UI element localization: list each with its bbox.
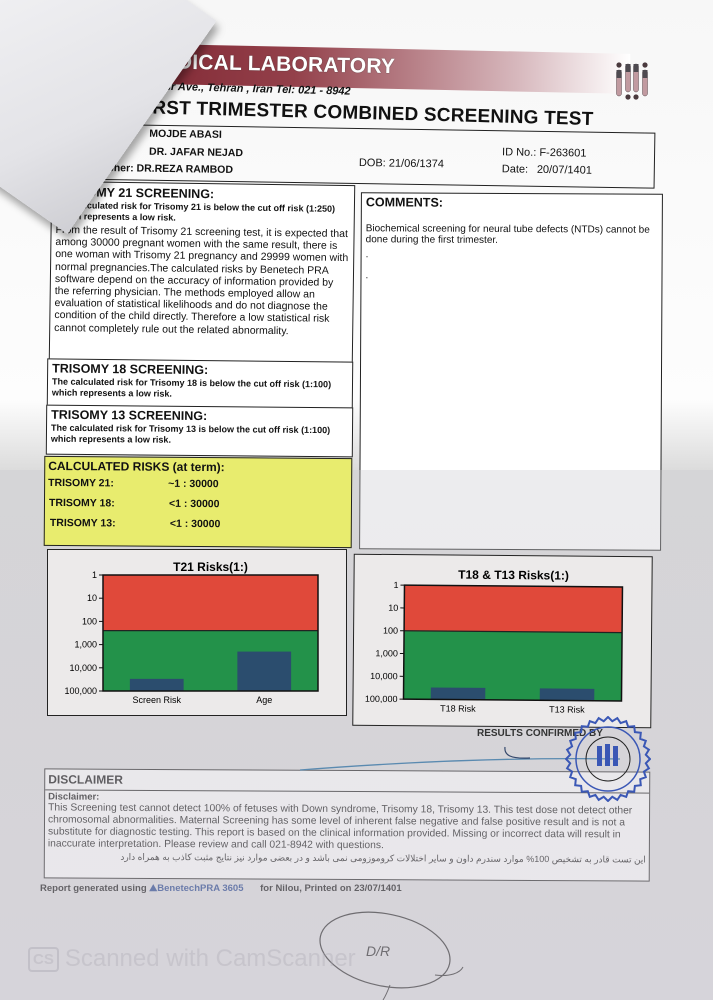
- svg-text:10: 10: [388, 603, 398, 613]
- patient-info-box: Name:MOJDE ABASI Physician:DR. JAFAR NEJ…: [60, 123, 656, 188]
- printed-info: for Nilou, Printed on 23/07/1401: [260, 883, 401, 894]
- software-name: BenetechPRA 3605: [157, 883, 243, 894]
- svg-text:T13 Risk: T13 Risk: [549, 704, 585, 714]
- svg-text:100,000: 100,000: [365, 694, 398, 704]
- confirmation-stamp-icon: [565, 716, 651, 802]
- svg-text:T18 & T13 Risks(1:): T18 & T13 Risks(1:): [458, 568, 569, 583]
- svg-text:10: 10: [87, 593, 97, 603]
- camscanner-badge: CS: [28, 947, 59, 972]
- dob-value: 21/06/1374: [389, 157, 444, 170]
- risk-row: TRISOMY 18:<1 : 30000: [45, 493, 351, 515]
- lab-logo-icon: [615, 62, 649, 100]
- disclaimer-text: This Screening test cannot detect 100% o…: [45, 802, 649, 853]
- svg-text:1: 1: [393, 580, 398, 590]
- svg-text:1,000: 1,000: [375, 648, 398, 658]
- t21-chart-plot: T21 Risks(1:)Screen RiskAge1101001,00010…: [48, 550, 346, 715]
- disclaimer-persian-text: این تست قادر به تشخیص 100% موارد سندرم د…: [45, 850, 649, 865]
- dob-label: DOB:: [359, 157, 386, 169]
- t18-t13-chart: T18 & T13 Risks(1:)T18 RiskT13 Risk11010…: [352, 554, 652, 729]
- comments-dot-1: .: [362, 245, 662, 262]
- risk-label: TRISOMY 18:: [49, 493, 169, 514]
- svg-text:Screen Risk: Screen Risk: [132, 695, 181, 705]
- trisomy21-section: TRISOMY 21 SCREENING: The calculated ris…: [49, 181, 355, 365]
- patient-name: MOJDE ABASI: [149, 128, 222, 141]
- comments-text: Biochemical screening for neural tube de…: [362, 209, 662, 247]
- calculated-risks-box: CALCULATED RISKS (at term): TRISOMY 21:~…: [44, 456, 353, 548]
- svg-text:1,000: 1,000: [74, 640, 97, 650]
- svg-text:Age: Age: [256, 695, 272, 705]
- id-label: ID No.:: [502, 146, 536, 159]
- svg-text:T21 Risks(1:): T21 Risks(1:): [173, 560, 248, 574]
- sonographer-name: DR.REZA RAMBOD: [136, 163, 233, 177]
- camscanner-watermark: CSScanned with CamScanner: [28, 945, 356, 973]
- comments-heading: COMMENTS:: [362, 193, 662, 211]
- risk-value: <1 : 30000: [169, 498, 220, 510]
- svg-text:100: 100: [383, 626, 398, 636]
- t18-t13-chart-plot: T18 & T13 Risks(1:)T18 RiskT13 Risk11010…: [353, 555, 651, 728]
- calculated-risks-list: TRISOMY 21:~1 : 30000TRISOMY 18:<1 : 300…: [45, 473, 351, 535]
- risk-value: <1 : 30000: [170, 518, 221, 530]
- disclaimer-section: DISCLAIMER Disclaimer: This Screening te…: [44, 768, 651, 881]
- trisomy18-summary: The calculated risk for Trisomy 18 is be…: [48, 376, 352, 401]
- risk-row: TRISOMY 21:~1 : 30000: [45, 473, 351, 495]
- comments-section: COMMENTS: Biochemical screening for neur…: [359, 192, 663, 551]
- svg-text:100,000: 100,000: [64, 686, 97, 696]
- trisomy18-section: TRISOMY 18 SCREENING: The calculated ris…: [47, 358, 353, 409]
- report-footer: Report generated using ⛰BenetechPRA 3605…: [40, 883, 402, 894]
- comments-dot-2: .: [361, 260, 661, 283]
- risk-label: TRISOMY 13:: [50, 513, 170, 534]
- date-value: 20/07/1401: [537, 164, 592, 177]
- t21-chart: T21 Risks(1:)Screen RiskAge1101001,00010…: [47, 549, 347, 716]
- svg-text:T18 Risk: T18 Risk: [440, 703, 476, 713]
- trisomy13-summary: The calculated risk for Trisomy 13 is be…: [47, 423, 352, 448]
- trisomy13-section: TRISOMY 13 SCREENING: The calculated ris…: [46, 405, 353, 458]
- svg-text:10,000: 10,000: [69, 663, 97, 673]
- physician-name: DR. JAFAR NEJAD: [149, 146, 243, 159]
- svg-text:10,000: 10,000: [370, 671, 398, 681]
- svg-text:100: 100: [82, 616, 97, 626]
- signature-text: D/R: [366, 943, 390, 959]
- id-value: F-263601: [539, 147, 586, 160]
- generated-using-label: Report generated using: [40, 883, 147, 894]
- risk-label: TRISOMY 21:: [48, 473, 168, 494]
- svg-text:1: 1: [92, 570, 97, 580]
- risk-row: TRISOMY 13:<1 : 30000: [45, 513, 351, 535]
- camscanner-text: Scanned with CamScanner: [65, 945, 356, 972]
- trisomy21-details: From the result of Trisomy 21 screening …: [50, 224, 354, 338]
- date-label: Date:: [502, 163, 534, 176]
- report-page: ILOU MEDICAL LABORATORY No.4., 32 St ., …: [0, 0, 713, 1000]
- risk-value: ~1 : 30000: [168, 478, 219, 490]
